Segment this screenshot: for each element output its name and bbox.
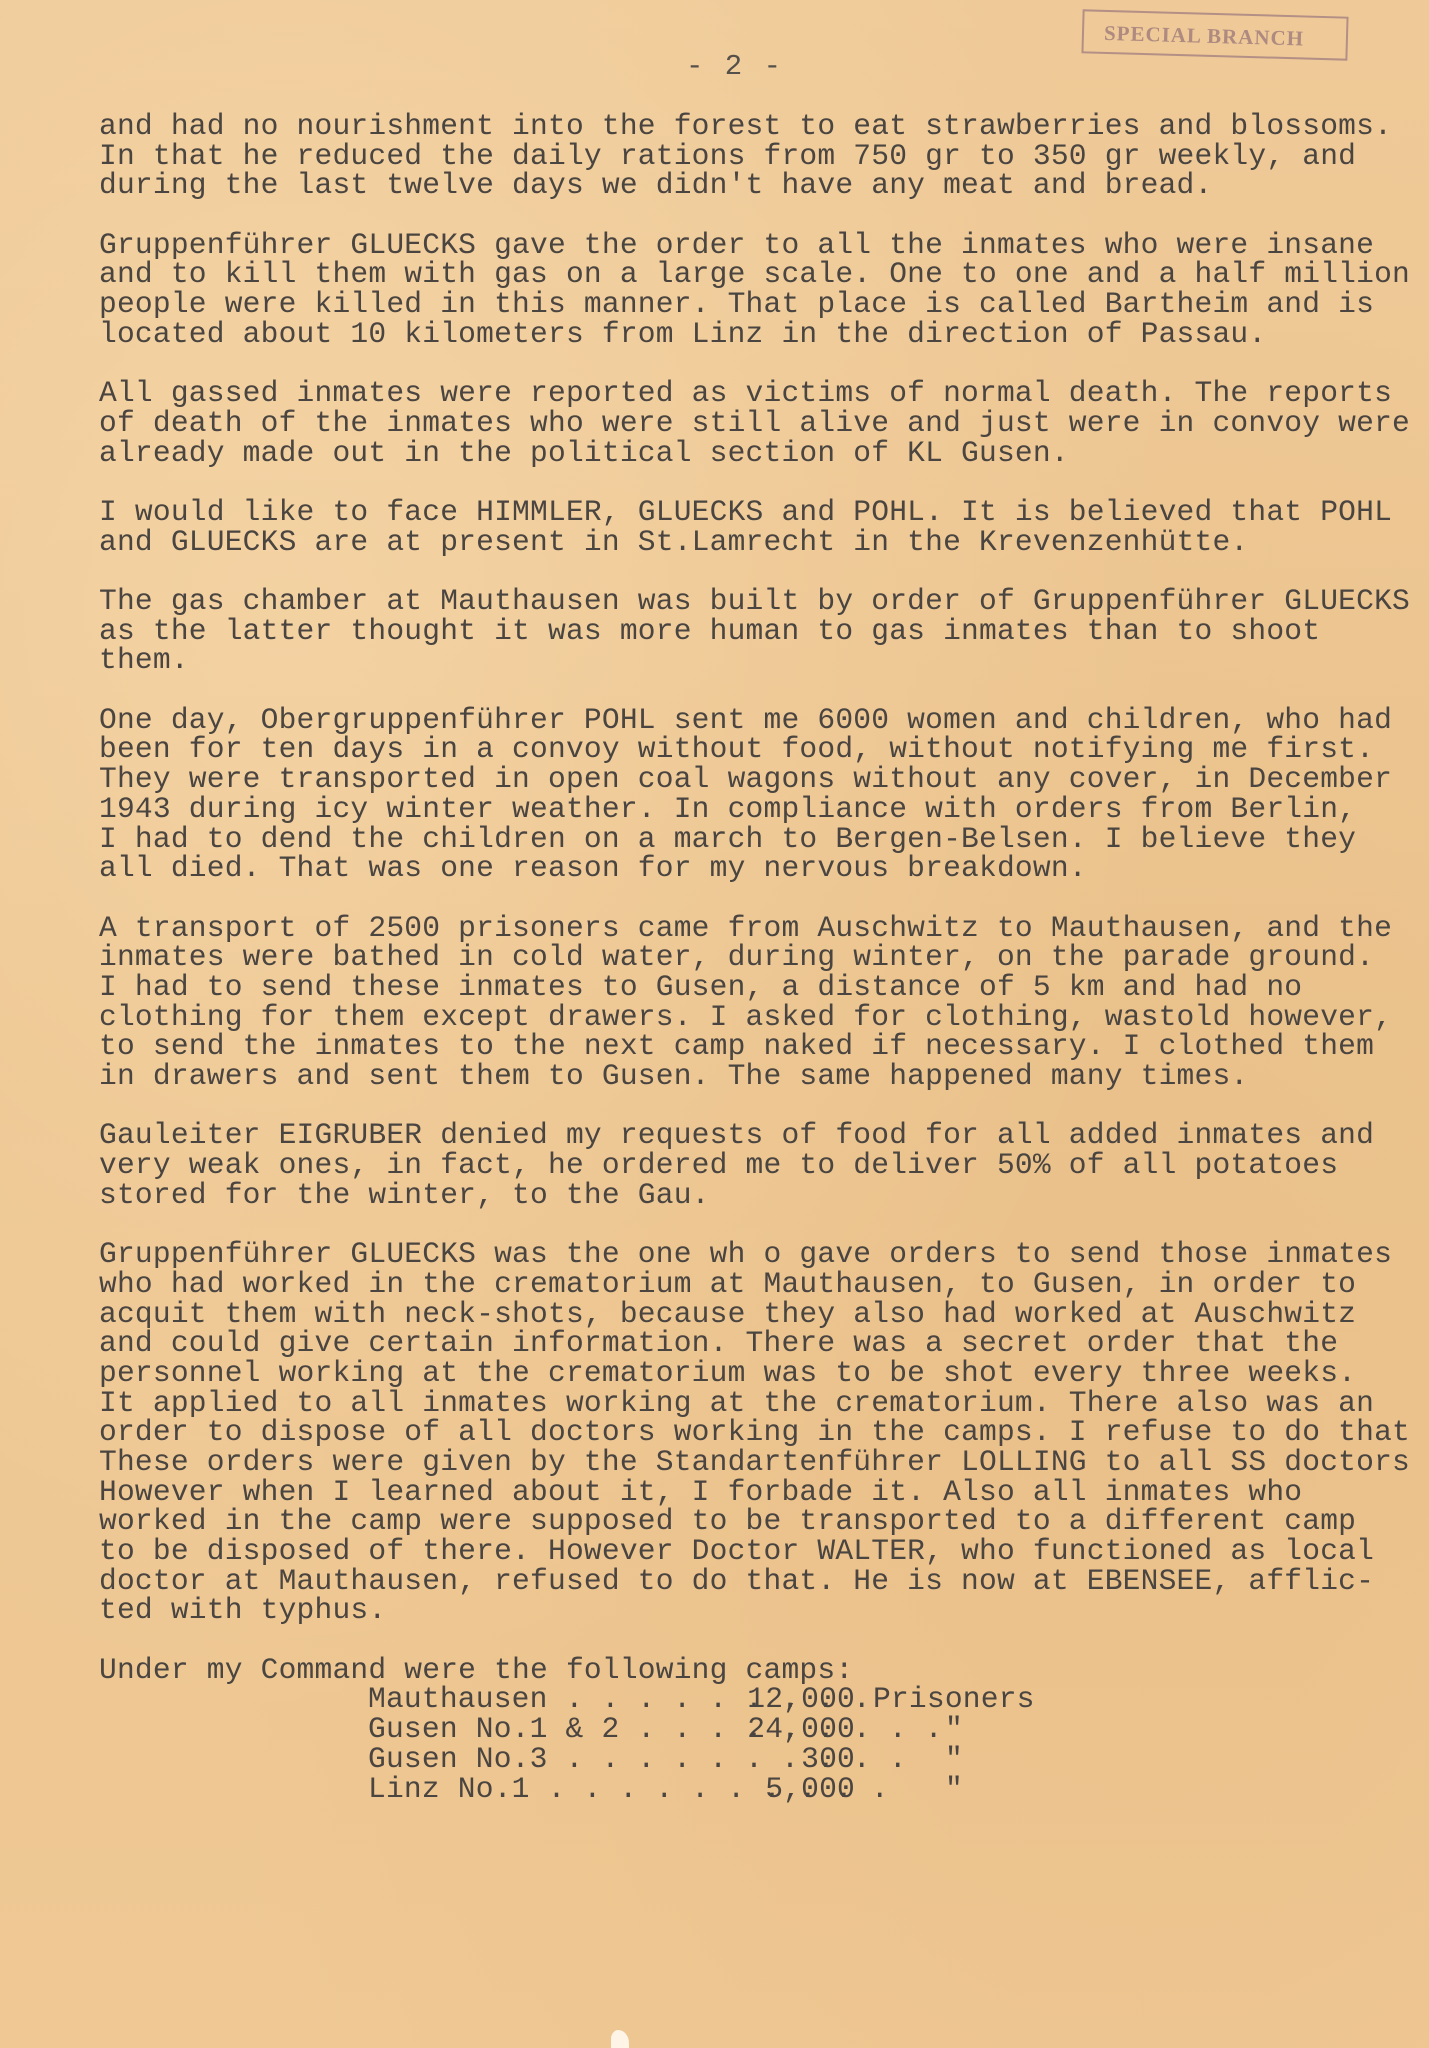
text-line: been for ten days in a convoy without fo… xyxy=(99,735,1419,765)
text-line: I had to dend the children on a march to… xyxy=(99,825,1419,855)
text-line: It applied to all inmates working at the… xyxy=(99,1389,1419,1419)
text-line: I would like to face HIMMLER, GLUECKS an… xyxy=(99,498,1419,528)
text-line: 1943 during icy winter weather. In compl… xyxy=(99,795,1419,825)
stamp-text: SPECIAL BRANCH xyxy=(1104,21,1305,52)
camp-row: Gusen No.3 . . . . . . . . . .300" xyxy=(99,1745,1419,1775)
text-line: The gas chamber at Mauthausen was built … xyxy=(99,587,1419,617)
camp-name: Linz No.1 xyxy=(368,1772,530,1806)
text-line: and GLUECKS are at present in St.Lamrech… xyxy=(99,528,1419,558)
camp-unit: " xyxy=(855,1745,963,1775)
text-line: stored for the winter, to the Gau. xyxy=(99,1181,1419,1211)
text-line: very weak ones, in fact, he ordered me t… xyxy=(99,1151,1419,1181)
camp-prisoner-count: 5,000 xyxy=(745,1775,855,1805)
text-line: order to dispose of all doctors working … xyxy=(99,1418,1419,1448)
camps-intro: Under my Command were the following camp… xyxy=(99,1656,1419,1686)
camp-row: Linz No.1 . . . . . . . . . .5,000" xyxy=(99,1775,1419,1805)
text-line: inmates were bathed in cold water, durin… xyxy=(99,943,1419,973)
text-line: and had no nourishment into the forest t… xyxy=(99,112,1419,142)
text-line: people were killed in this manner. That … xyxy=(99,290,1419,320)
text-line: One day, Obergruppenführer POHL sent me … xyxy=(99,706,1419,736)
page-number: - 2 - xyxy=(686,50,783,83)
paragraph-confrontation: I would like to face HIMMLER, GLUECKS an… xyxy=(99,498,1419,557)
camp-row: Gusen No.1 & 2 . . . . . . . . .24,000" xyxy=(99,1715,1419,1745)
text-line: In that he reduced the daily rations fro… xyxy=(99,142,1419,172)
text-line: personnel working at the crematorium was… xyxy=(99,1359,1419,1389)
text-line: them. xyxy=(99,646,1419,676)
paragraph-crematorium-orders: Gruppenführer GLUECKS was the one wh o g… xyxy=(99,1240,1419,1626)
camp-unit: " xyxy=(855,1775,963,1805)
paper-glare-mark xyxy=(611,2030,629,2048)
paragraph-food-requests: Gauleiter EIGRUBER denied my requests of… xyxy=(99,1121,1419,1210)
text-line: Gruppenführer GLUECKS gave the order to … xyxy=(99,231,1419,261)
text-line: Gruppenführer GLUECKS was the one wh o g… xyxy=(99,1240,1419,1270)
text-line: acquit them with neck-shots, because the… xyxy=(99,1300,1419,1330)
text-line: I had to send these inmates to Gusen, a … xyxy=(99,973,1419,1003)
camp-prisoner-count: 12,000 xyxy=(745,1685,855,1715)
text-line: to be disposed of there. However Doctor … xyxy=(99,1537,1419,1567)
text-line: in drawers and sent them to Gusen. The s… xyxy=(99,1062,1419,1092)
text-line: of death of the inmates who were still a… xyxy=(99,409,1419,439)
text-line: doctor at Mauthausen, refused to do that… xyxy=(99,1567,1419,1597)
text-line: They were transported in open coal wagon… xyxy=(99,765,1419,795)
camp-prisoner-count: 24,000 xyxy=(745,1715,855,1745)
camp-prisoner-count: 300 xyxy=(745,1745,855,1775)
text-line: A transport of 2500 prisoners came from … xyxy=(99,914,1419,944)
text-line: worked in the camp were supposed to be t… xyxy=(99,1507,1419,1537)
camps-list: Under my Command were the following camp… xyxy=(99,1656,1419,1804)
text-line: who had worked in the crematorium at Mau… xyxy=(99,1270,1419,1300)
text-line: during the last twelve days we didn't ha… xyxy=(99,171,1419,201)
document-page: - 2 - SPECIAL BRANCH and had no nourishm… xyxy=(0,0,1429,2048)
camp-unit: " xyxy=(855,1715,963,1745)
text-line: clothing for them except drawers. I aske… xyxy=(99,1003,1419,1033)
text-line: and could give certain information. Ther… xyxy=(99,1329,1419,1359)
camp-row: Mauthausen . . . . . . . . .12,000Prison… xyxy=(99,1685,1419,1715)
text-line: Gauleiter EIGRUBER denied my requests of… xyxy=(99,1121,1419,1151)
text-line: all died. That was one reason for my ner… xyxy=(99,854,1419,884)
document-body: and had no nourishment into the forest t… xyxy=(99,112,1419,1804)
text-line: to send the inmates to the next camp nak… xyxy=(99,1032,1419,1062)
text-line: already made out in the political sectio… xyxy=(99,439,1419,469)
text-line: ted with typhus. xyxy=(99,1596,1419,1626)
paragraph-rations: and had no nourishment into the forest t… xyxy=(99,112,1419,201)
text-line: All gassed inmates were reported as vict… xyxy=(99,379,1419,409)
special-branch-stamp: SPECIAL BRANCH xyxy=(1081,9,1348,60)
text-line: These orders were given by the Standarte… xyxy=(99,1448,1419,1478)
paragraph-convoy: One day, Obergruppenführer POHL sent me … xyxy=(99,706,1419,884)
paragraph-gassing-order: Gruppenführer GLUECKS gave the order to … xyxy=(99,231,1419,350)
paragraph-transport: A transport of 2500 prisoners came from … xyxy=(99,914,1419,1092)
text-line: as the latter thought it was more human … xyxy=(99,617,1419,647)
text-line: and to kill them with gas on a large sca… xyxy=(99,260,1419,290)
text-line: located about 10 kilometers from Linz in… xyxy=(99,320,1419,350)
text-line: However when I learned about it, I forba… xyxy=(99,1478,1419,1508)
camp-unit: Prisoners xyxy=(855,1685,1035,1715)
paragraph-death-reports: All gassed inmates were reported as vict… xyxy=(99,379,1419,468)
paragraph-gas-chamber: The gas chamber at Mauthausen was built … xyxy=(99,587,1419,676)
